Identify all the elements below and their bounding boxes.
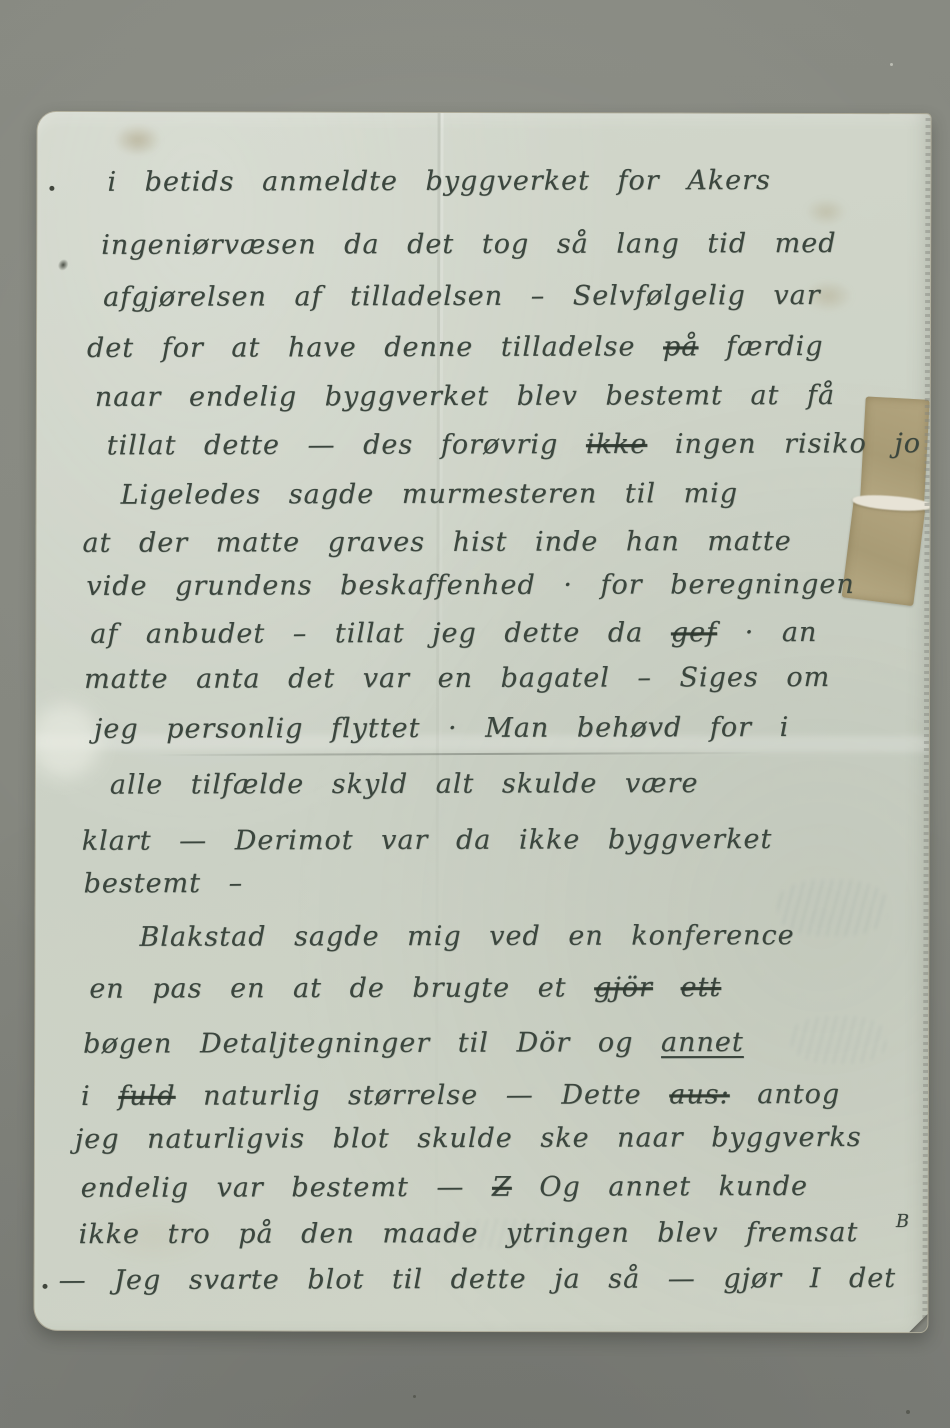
dust-speck [906,1410,910,1414]
handwritten-text: afgjørelsen af tilladelsen – Selvfølgeli… [103,280,821,313]
handwritten-line: ikke tro på den maade ytringen blev frem… [79,1219,911,1248]
handwritten-text: færdig [726,331,824,362]
handwritten-text: af anbudet – tillat jeg dette da [90,617,643,649]
handwritten-line: jeg personlig flyttet · Man behøvd for i [94,714,789,743]
handwritten-line: — Jeg svarte blot til dette ja så — gjør… [59,1265,897,1294]
handwritten-line: alle tilfælde skyld alt skulde være [110,770,699,799]
struck-word: gef [671,617,717,648]
handwritten-text: ingen risiko jo var [675,428,932,460]
handwritten-text: det for at have denne tilladelse [87,331,636,363]
struck-word: aus: [669,1079,730,1110]
handwritten-text: annet [661,1027,744,1058]
handwritten-text: Ligeledes sagde murmesteren til mig [121,478,739,511]
handwritten-text: i [81,1081,91,1112]
handwritten-text: — Jeg svarte blot til dette ja så — gjør… [59,1263,897,1296]
handwritten-text: ikke tro på den maade ytringen blev frem… [79,1217,859,1250]
handwritten-text: endelig var bestemt — [81,1172,465,1204]
handwritten-line: i betids anmeldte byggverket for Akers [107,167,771,196]
handwritten-line: Ligeledes sagde murmesteren til mig [121,480,739,509]
handwritten-line: det for at have denne tilladelse på færd… [87,333,824,362]
handwritten-line: af anbudet – tillat jeg dette da gef · a… [90,619,817,648]
handwritten-text: matte anta det var en bagatel – Siges om [84,662,830,695]
handwritten-text: antog [757,1079,840,1110]
handwritten-line: Blakstad sagde mig ved en konference [139,922,794,951]
text-layer: i betids anmeldte byggverket for Akers i… [34,112,930,1332]
handwritten-line: en pas en at de brugte et gjör ett [89,974,721,1003]
handwritten-text: bøgen Detaljtegninger til Dör og [83,1027,633,1059]
handwritten-text: i betids anmeldte byggverket for Akers [107,165,771,198]
handwritten-line: matte anta det var en bagatel – Siges om [84,664,830,693]
handwritten-text: naar endelig byggverket blev bestemt at … [95,380,835,413]
handwritten-line: at der matte graves hist inde han matte [82,528,791,557]
handwritten-text: at der matte graves hist inde han matte [82,526,791,559]
struck-word: ikke [586,429,647,460]
handwritten-text: klart — Derimot var da ikke byggverket [82,824,773,857]
handwritten-text: naturlig størrelse — Dette [203,1079,642,1111]
handwritten-line: vide grundens beskaffenhed · for beregni… [86,571,854,600]
handwritten-line: naar endelig byggverket blev bestemt at … [95,382,835,411]
handwritten-line: tillat dette — des forøvrig ikke ingen r… [107,430,932,459]
handwritten-text: vide grundens beskaffenhed · for beregni… [86,569,854,602]
handwritten-line: jeg naturligvis blot skulde ske naar byg… [75,1124,862,1153]
dust-speck [890,63,893,66]
handwritten-text: Og annet kunde [539,1171,808,1203]
struck-word: på [663,331,698,362]
handwritten-text: Blakstad sagde mig ved en konference [139,920,794,953]
handwritten-text: tillat dette — des forøvrig [107,429,559,461]
handwritten-line: afgjørelsen af tilladelsen – Selvfølgeli… [103,282,821,311]
handwritten-line: klart — Derimot var da ikke byggverket [82,826,773,855]
dust-speck [413,1395,416,1398]
handwritten-text: bestemt – [84,868,244,899]
handwritten-text: en pas en at de brugte et [89,972,566,1004]
struck-word: gjör [594,972,653,1003]
handwritten-text: alle tilfælde skyld alt skulde være [110,768,699,801]
struck-word: Z [492,1172,512,1203]
handwritten-text: jeg naturligvis blot skulde ske naar byg… [75,1122,862,1155]
handwritten-text: jeg personlig flyttet · Man behøvd for i [94,712,789,745]
photo-backdrop: i betids anmeldte byggverket for Akers i… [0,0,950,1428]
struck-word: ett [680,972,721,1003]
superscript-note: B [896,1211,910,1232]
handwritten-line: bestemt – [84,870,244,897]
handwritten-line: bøgen Detaljtegninger til Dör og annet [83,1029,744,1058]
handwritten-line: endelig var bestemt — Z Og annet kunde [81,1173,808,1202]
letter-paper: i betids anmeldte byggverket for Akers i… [33,111,931,1333]
handwritten-line: i fuld naturlig størrelse — Dette aus: a… [81,1081,840,1110]
handwritten-text: ingeniørvæsen da det tog så lang tid med [101,228,836,261]
handwritten-line: ingeniørvæsen da det tog så lang tid med [101,230,836,259]
struck-word: fuld [118,1081,175,1112]
handwritten-text: · an [745,617,818,648]
